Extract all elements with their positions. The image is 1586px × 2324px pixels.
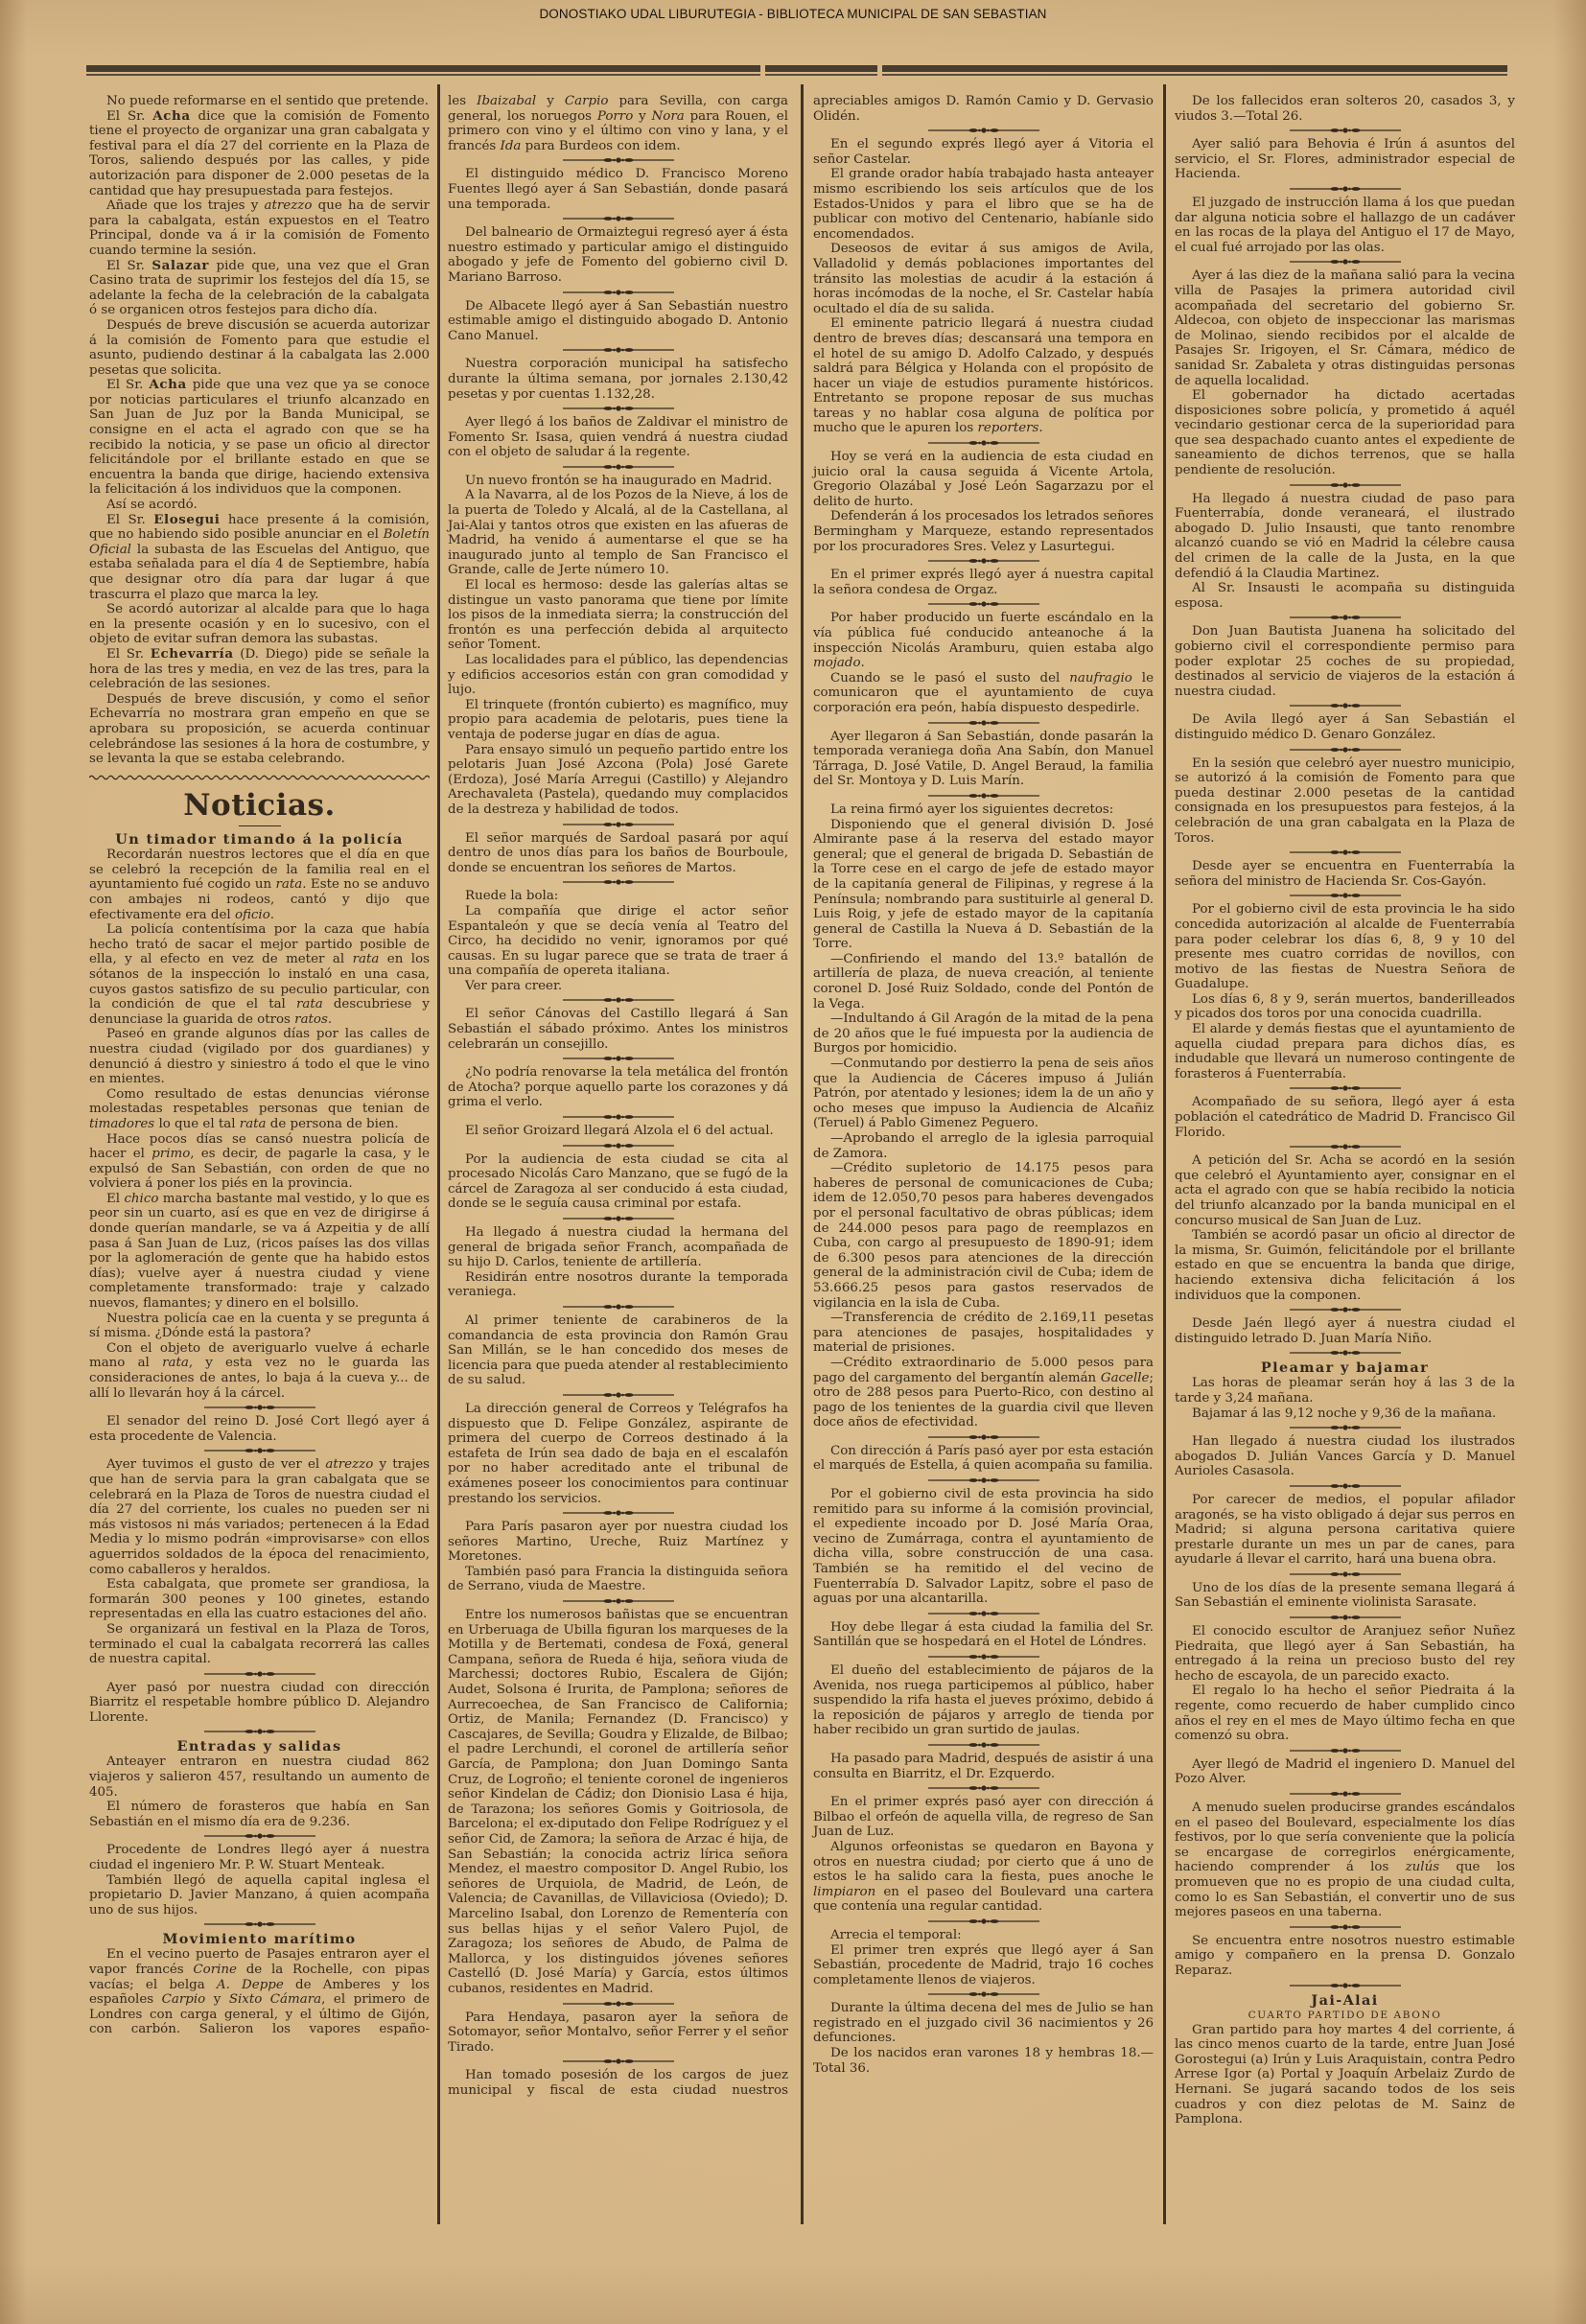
article-paragraph: No puede reformarse en el sentido que pr… [89, 94, 430, 109]
article-paragraph: Recordarán nuestros lectores que el día … [89, 848, 430, 922]
separator-ornament [448, 402, 788, 415]
text-run: de persona de bien. [267, 1117, 399, 1131]
article-paragraph: Hace pocos días se cansó nuestra policía… [89, 1132, 430, 1192]
article-paragraph: Uno de los días de la presente semana ll… [1175, 1581, 1515, 1611]
article-paragraph: Por carecer de medios, el popular afilad… [1175, 1493, 1515, 1568]
text-run: . [328, 1012, 332, 1027]
article-paragraph: En el vecino puerto de Pasajes entraron … [89, 1947, 430, 2037]
article-paragraph: De los fallecidos eran solteros 20, casa… [1175, 94, 1515, 124]
article-paragraph: El trinquete (frontón cubierto) es magní… [448, 698, 788, 743]
article-headline: Pleamar y bajamar [1175, 1360, 1515, 1376]
article-paragraph: También se acordó pasar un oficio al dir… [1175, 1228, 1515, 1303]
article-paragraph: A la Navarra, al de los Pozos de la Niev… [448, 488, 788, 578]
article-headline: Un timador timando á la policía [89, 831, 430, 848]
article-paragraph: También llegó de aquella capital inglesa… [89, 1873, 430, 1918]
library-credit: DONOSTIAKO UDAL LIBURUTEGIA - BIBLIOTECA… [0, 7, 1586, 21]
text-run: pide que una vez que ya se conoce por no… [89, 378, 430, 497]
article-headline: Entradas y salidas [89, 1738, 430, 1755]
italic-term: Corine [193, 1963, 237, 1977]
separator-ornament [448, 1212, 788, 1225]
article-subheadline: CUARTO PARTIDO DE ABONO [1175, 2009, 1515, 2023]
separator-ornament [448, 286, 788, 299]
article-paragraph: Residirán entre nosotros durante la temp… [448, 1270, 788, 1300]
separator-ornament [1175, 1787, 1515, 1801]
separator-ornament [1175, 611, 1515, 624]
separator-ornament [1175, 1140, 1515, 1153]
article-paragraph: —Crédito extraordinario de 5.000 pesos p… [813, 1356, 1154, 1430]
italic-term: Sixto Cámara [229, 1992, 321, 2007]
header-rule-right [882, 65, 1507, 77]
article-paragraph: El eminente patricio llegará á nuestra c… [813, 316, 1154, 436]
article-paragraph: Al primer teniente de carabineros de la … [448, 1313, 788, 1388]
separator-ornament [813, 716, 1154, 730]
separator-ornament [89, 1725, 430, 1738]
article-paragraph: Ha llegado á nuestra ciudad la hermana d… [448, 1225, 788, 1270]
article-paragraph: Los días 6, 8 y 9, serán muertos, bander… [1175, 992, 1515, 1022]
article-paragraph: —Transferencia de crédito de 2.169,11 pe… [813, 1311, 1154, 1356]
text-run: El [106, 1192, 124, 1206]
text-run: y [205, 1992, 229, 2007]
italic-term: oficio [235, 908, 270, 922]
article-paragraph: Esta cabalgata, que promete ser grandios… [89, 1577, 430, 1622]
speaker-name: Acha [149, 377, 186, 392]
article-paragraph: Ha llegado á nuestra ciudad de paso para… [1175, 492, 1515, 582]
article-paragraph: Cuando se le pasó el susto del naufragio… [813, 671, 1154, 716]
italic-term: chico [124, 1192, 158, 1206]
article-paragraph: El alarde y demás fiestas que el ayuntam… [1175, 1022, 1515, 1081]
article-paragraph: Con el objeto de averiguarlo vuelve á ec… [89, 1341, 430, 1401]
header-rule-center [765, 65, 877, 77]
separator-ornament [813, 1738, 1154, 1752]
column-1: No puede reformarse en el sentido que pr… [89, 94, 430, 2037]
article-paragraph: —Conmutando por destierro la pena de sei… [813, 1057, 1154, 1131]
article-paragraph: Ayer llegó de Madrid el ingeniero D. Man… [1175, 1757, 1515, 1787]
separator-ornament [448, 343, 788, 357]
separator-ornament [89, 1444, 430, 1457]
separator-ornament [448, 993, 788, 1007]
article-paragraph: —Indultando á Gil Aragón de la mitad de … [813, 1011, 1154, 1057]
italic-term: Porro [597, 109, 633, 124]
article-paragraph: El gobernador ha dictado acertadas dispo… [1175, 388, 1515, 478]
article-paragraph: Con dirección á París pasó ayer por esta… [813, 1444, 1154, 1474]
italic-term: Carpio [565, 94, 609, 108]
article-paragraph: Bajamar á las 9,12 noche y 9,36 de la ma… [1175, 1406, 1515, 1422]
separator-ornament [1175, 1979, 1515, 1992]
article-paragraph: El Sr. Salazar pide que, una vez que el … [89, 259, 430, 318]
separator-ornament [89, 1667, 430, 1681]
article-paragraph: Durante la última decena del mes de Juli… [813, 2001, 1154, 2046]
italic-term: Nora [652, 109, 685, 124]
italic-term: rata [162, 1356, 189, 1370]
text-run: Algunos orfeonistas se quedaron en Bayon… [813, 1840, 1154, 1884]
masthead-underline [239, 825, 281, 827]
article-paragraph: Al Sr. Insausti le acompaña su distingui… [1175, 581, 1515, 611]
article-paragraph: Después de breve discusión se acuerda au… [89, 318, 430, 378]
article-paragraph: El señor Cánovas del Castillo llegará á … [448, 1007, 788, 1052]
article-paragraph: Desde ayer se encuentra en Fuenterrabía … [1175, 859, 1515, 889]
italic-term: rata [296, 997, 323, 1011]
article-paragraph: Se acordó autorizar al alcalde para que … [89, 602, 430, 647]
article-paragraph: A petición del Sr. Acha se acordó en la … [1175, 1153, 1515, 1228]
article-paragraph: El dueño del establecimiento de pájaros … [813, 1663, 1154, 1738]
italic-term: Gacelle [1101, 1371, 1150, 1385]
article-headline: Jai-Alai [1175, 1992, 1515, 2009]
article-paragraph: Entre los numerosos bañistas que se encu… [448, 1608, 788, 1996]
italic-term: zulús [1406, 1860, 1439, 1874]
text-run: lo que el tal [154, 1117, 240, 1131]
speaker-name: Elosegui [153, 512, 220, 527]
separator-ornament [1175, 255, 1515, 268]
column-3: apreciables amigos D. Ramón Camio y D. G… [813, 94, 1154, 2076]
separator-ornament [448, 153, 788, 167]
italic-term: mojado [813, 656, 861, 670]
article-paragraph: De los nacidos eran varones 18 y hembras… [813, 2046, 1154, 2076]
article-paragraph: Defenderán á los procesados los letrados… [813, 509, 1154, 554]
article-paragraph: Algunos orfeonistas se quedaron en Bayon… [813, 1840, 1154, 1915]
article-paragraph: Han llegado á nuestra ciudad los ilustra… [1175, 1434, 1515, 1479]
separator-ornament [813, 1650, 1154, 1663]
text-run: El Sr. [106, 647, 151, 662]
article-paragraph: Por haber producido un fuerte escándalo … [813, 611, 1154, 670]
article-paragraph: Ayer salió para Behovia é Irún á asuntos… [1175, 137, 1515, 182]
article-paragraph: —Confiriendo el mando del 13.º batallón … [813, 952, 1154, 1011]
separator-ornament [448, 1997, 788, 2010]
separator-ornament [813, 1430, 1154, 1444]
italic-term: naufragio [1069, 671, 1132, 686]
separator-ornament [813, 1915, 1154, 1928]
article-paragraph: —Aprobando el arreglo de la iglesia parr… [813, 1131, 1154, 1161]
article-paragraph: Un nuevo frontón se ha inaugurado en Mad… [448, 474, 788, 489]
speaker-name: Salazar [152, 258, 209, 273]
article-paragraph: Se encuentra entre nosotros nuestro esti… [1175, 1934, 1515, 1979]
italic-term: timadores [89, 1117, 154, 1131]
text-run: El Sr. [106, 259, 152, 273]
article-paragraph: El Sr. Echevarría (D. Diego) pide se señ… [89, 647, 430, 692]
article-paragraph: El conocido escultor de Aranjuez señor N… [1175, 1624, 1515, 1684]
separator-ornament [1175, 699, 1515, 712]
text-run: El Sr. [106, 378, 149, 392]
article-paragraph: Ayer llegaron á San Sebastián, donde pas… [813, 730, 1154, 789]
article-paragraph: Arrecia el temporal: [813, 1928, 1154, 1943]
article-paragraph: Después de breve discusión, y como el se… [89, 692, 430, 767]
separator-ornament [89, 1917, 430, 1931]
separator-ornament [448, 1300, 788, 1313]
separator-ornament [813, 1607, 1154, 1620]
separator-ornament [813, 1987, 1154, 2001]
text-run: para Burdeos con idem. [521, 139, 680, 153]
separator-ornament [1175, 889, 1515, 902]
column-rule [801, 84, 804, 2224]
separator-ornament [1175, 743, 1515, 756]
italic-term: atrezzo [325, 1457, 373, 1472]
separator-ornament [448, 1506, 788, 1520]
article-paragraph: Ayer tuvimos el gusto de ver el atrezzo … [89, 1457, 430, 1577]
article-paragraph: Gran partido para hoy martes 4 del corri… [1175, 2023, 1515, 2127]
article-paragraph: —Crédito supletorio de 14.175 pesos para… [813, 1161, 1154, 1311]
separator-ornament [1175, 1920, 1515, 1934]
separator-ornament [448, 1594, 788, 1608]
article-paragraph: Para París pasaron ayer por nuestra ciud… [448, 1520, 788, 1565]
italic-term: Carpio [162, 1992, 206, 2007]
text-run: y [536, 94, 565, 108]
article-paragraph: En la sesión que celebró ayer nuestro mu… [1175, 756, 1515, 847]
article-paragraph: En el primer exprés llegó ayer á nuestra… [813, 568, 1154, 597]
text-run: Cuando se le pasó el susto del [830, 671, 1069, 686]
italic-term: atrezzo [265, 198, 313, 213]
article-paragraph: De Albacete llegó ayer á San Sebastián n… [448, 299, 788, 344]
article-paragraph: El chico marcha bastante mal vestido, y … [89, 1192, 430, 1312]
article-paragraph: El número de forasteros que había en San… [89, 1800, 430, 1829]
column-2: les Ibaizabal y Carpio para Sevilla, con… [448, 94, 788, 2098]
article-paragraph: El juzgado de instrucción llama á los qu… [1175, 196, 1515, 255]
text-run: . [1038, 421, 1042, 435]
separator-ornament [1175, 1479, 1515, 1493]
article-paragraph: Las localidades para el público, las dep… [448, 653, 788, 698]
italic-term: primo [152, 1147, 190, 1161]
separator-ornament [1175, 1081, 1515, 1095]
separator-ornament [448, 460, 788, 474]
article-paragraph: Como resultado de estas denuncias viéron… [89, 1087, 430, 1132]
article-paragraph: El distinguido médico D. Francisco Moren… [448, 167, 788, 212]
article-paragraph: El Sr. Acha dice que la comisión de Fome… [89, 109, 430, 199]
article-paragraph: Se organizará un festival en la Plaza de… [89, 1622, 430, 1667]
article-paragraph: Deseosos de evitar á sus amigos de Avila… [813, 242, 1154, 316]
text-run: Ayer tuvimos el gusto de ver el [106, 1457, 325, 1472]
separator-ornament [448, 1139, 788, 1152]
article-paragraph: Don Juan Bautista Juanena ha solicitado … [1175, 624, 1515, 699]
article-paragraph: Procedente de Londres llegó ayer á nuest… [89, 1843, 430, 1872]
separator-ornament [1175, 1611, 1515, 1624]
article-paragraph: El Sr. Acha pide que una vez que ya se c… [89, 378, 430, 498]
column-4: De los fallecidos eran solteros 20, casa… [1175, 94, 1515, 2127]
column-rule [437, 84, 440, 2224]
article-paragraph: Hoy debe llegar á esta ciudad la familia… [813, 1620, 1154, 1650]
section-masthead: Noticias. [89, 788, 430, 827]
article-paragraph: Paseó en grande algunos días por las cal… [89, 1027, 430, 1086]
italic-term: rata [353, 952, 380, 966]
separator-ornament [813, 1474, 1154, 1487]
article-paragraph: Por el gobierno civil de esta provincia … [1175, 902, 1515, 992]
article-paragraph: Por el gobierno civil de esta provincia … [813, 1487, 1154, 1607]
article-paragraph: Anteayer entraron en nuestra ciudad 862 … [89, 1755, 430, 1800]
article-paragraph: También pasó para Francia la distinguida… [448, 1565, 788, 1594]
article-paragraph: El grande orador había trabajado hasta a… [813, 167, 1154, 242]
separator-ornament [1175, 182, 1515, 196]
text-run: El Sr. [106, 109, 152, 124]
separator-ornament [448, 875, 788, 889]
article-paragraph: ¿No podría renovarse la tela metálica de… [448, 1065, 788, 1110]
separator-ornament [813, 436, 1154, 450]
text-run: Como resultado de estas denuncias viéron… [89, 1087, 430, 1117]
article-paragraph: El señor marqués de Sardoal pasará por a… [448, 831, 788, 876]
separator-ornament [448, 212, 788, 225]
text-run: El eminente patricio llegará á nuestra c… [813, 316, 1154, 435]
speaker-name: Acha [152, 108, 190, 124]
article-paragraph: Acompañado de su señora, llegó ayer á es… [1175, 1095, 1515, 1140]
separator-ornament [89, 1829, 430, 1843]
text-run: y [633, 109, 651, 124]
text-run: . [270, 908, 274, 922]
column-rule [1163, 84, 1166, 2224]
separator-ornament [448, 818, 788, 831]
separator-ornament [448, 2055, 788, 2068]
article-paragraph: El señor Groizard llegará Alzola el 6 de… [448, 1124, 788, 1139]
italic-term: Ida [501, 139, 522, 153]
article-paragraph: De Avila llegó ayer á San Sebastián el d… [1175, 712, 1515, 742]
separator-ornament [448, 1388, 788, 1402]
text-run: les [448, 94, 477, 108]
article-paragraph: Las horas de pleamar serán hoy á las 3 d… [1175, 1376, 1515, 1406]
article-paragraph: Para Hendaya, pasaron ayer la señora de … [448, 2010, 788, 2056]
speaker-name: Echevarría [151, 646, 234, 662]
separator-ornament [813, 789, 1154, 802]
article-headline: Movimiento marítimo [89, 1931, 430, 1947]
article-paragraph: El senador del reino D. José Cort llegó … [89, 1414, 430, 1444]
article-paragraph: Desde Jaén llegó ayer á nuestra ciudad e… [1175, 1316, 1515, 1346]
article-paragraph: El regalo lo ha hecho el señor Piedraita… [1175, 1684, 1515, 1743]
article-paragraph: El local es hermoso: desde las galerías … [448, 578, 788, 653]
header-rule-left [86, 65, 760, 77]
article-paragraph: Añade que los trajes y atrezzo que ha de… [89, 198, 430, 258]
article-paragraph: Ruede la bola: [448, 889, 788, 904]
text-run: . [861, 656, 865, 670]
separator-ornament [1175, 1744, 1515, 1757]
text-run: la subasta de las Escuelas del Antiguo, … [89, 543, 430, 602]
article-paragraph: En el segundo exprés llegó ayer á Vitori… [813, 137, 1154, 167]
article-paragraph: Para ensayo simuló un pequeño partido en… [448, 743, 788, 818]
separator-ornament [1175, 1421, 1515, 1434]
article-paragraph: El primer tren exprés que llegó ayer á S… [813, 1943, 1154, 1988]
article-paragraph: Así se acordó. [89, 498, 430, 513]
section-title: Noticias. [89, 788, 430, 823]
separator-ornament [1175, 846, 1515, 859]
article-paragraph: La compañía que dirige el actor señor Es… [448, 904, 788, 979]
separator-ornament [1175, 124, 1515, 137]
text-run: marcha bastante mal vestido, y lo que es… [89, 1192, 430, 1311]
article-paragraph: Nuestra policía cae en la cuenta y se pr… [89, 1312, 430, 1341]
article-paragraph: les Ibaizabal y Carpio para Sevilla, con… [448, 94, 788, 153]
article-paragraph: Disponiendo que el general división D. J… [813, 818, 1154, 952]
italic-term: Ibaizabal [477, 94, 536, 108]
separator-ornament [813, 1781, 1154, 1795]
article-paragraph: Ayer pasó por nuestra ciudad con direcci… [89, 1681, 430, 1726]
text-run: El Sr. [106, 513, 153, 527]
article-paragraph: El Sr. Elosegui hace presente á la comis… [89, 513, 430, 603]
separator-ornament [1175, 478, 1515, 492]
separator-ornament [813, 124, 1154, 137]
article-paragraph: En el primer exprés pasó ayer con direcc… [813, 1795, 1154, 1840]
text-run: y trajes que han de servia para la gran … [89, 1457, 430, 1576]
separator-ornament [813, 597, 1154, 611]
italic-term: limpiaron [813, 1885, 875, 1899]
article-paragraph: apreciables amigos D. Ramón Camio y D. G… [813, 94, 1154, 124]
separator-ornament [1175, 1568, 1515, 1581]
separator-ornament [448, 1052, 788, 1065]
article-paragraph: Ha pasado para Madrid, después de asisti… [813, 1752, 1154, 1781]
wavy-rule [89, 773, 430, 784]
text-run: Añade que los trajes y [106, 198, 265, 213]
italic-term: reporters [977, 421, 1038, 435]
article-paragraph: Por la audiencia de esta ciudad se cita … [448, 1152, 788, 1212]
italic-term: A. Deppe [217, 1978, 284, 1992]
article-paragraph: Han tomado posesión de los cargos de jue… [448, 2068, 788, 2098]
separator-ornament [89, 1401, 430, 1414]
article-paragraph: Hoy se verá en la audiencia de esta ciud… [813, 450, 1154, 509]
article-paragraph: La policía contentísima por la caza que … [89, 922, 430, 1027]
italic-term: ratos [294, 1012, 328, 1027]
italic-term: rata [240, 1117, 267, 1131]
separator-ornament [813, 554, 1154, 568]
separator-ornament [448, 1110, 788, 1124]
article-paragraph: La reina firmó ayer los siguientes decre… [813, 802, 1154, 818]
article-paragraph: Del balneario de Ormaiztegui regresó aye… [448, 225, 788, 285]
article-paragraph: A menudo suelen producirse grandes escán… [1175, 1801, 1515, 1920]
article-paragraph: Ayer á las diez de la mañana salió para … [1175, 268, 1515, 388]
italic-term: rata [276, 877, 303, 892]
separator-ornament [1175, 1346, 1515, 1360]
article-paragraph: La dirección general de Correos y Telégr… [448, 1402, 788, 1506]
separator-ornament [1175, 1303, 1515, 1316]
article-paragraph: Nuestra corporación municipal ha satisfe… [448, 357, 788, 402]
article-paragraph: Ver para creer. [448, 979, 788, 994]
text-run: Por haber producido un fuerte escándalo … [813, 611, 1154, 655]
article-paragraph: Ayer llegó á los baños de Zaldivar el mi… [448, 415, 788, 460]
